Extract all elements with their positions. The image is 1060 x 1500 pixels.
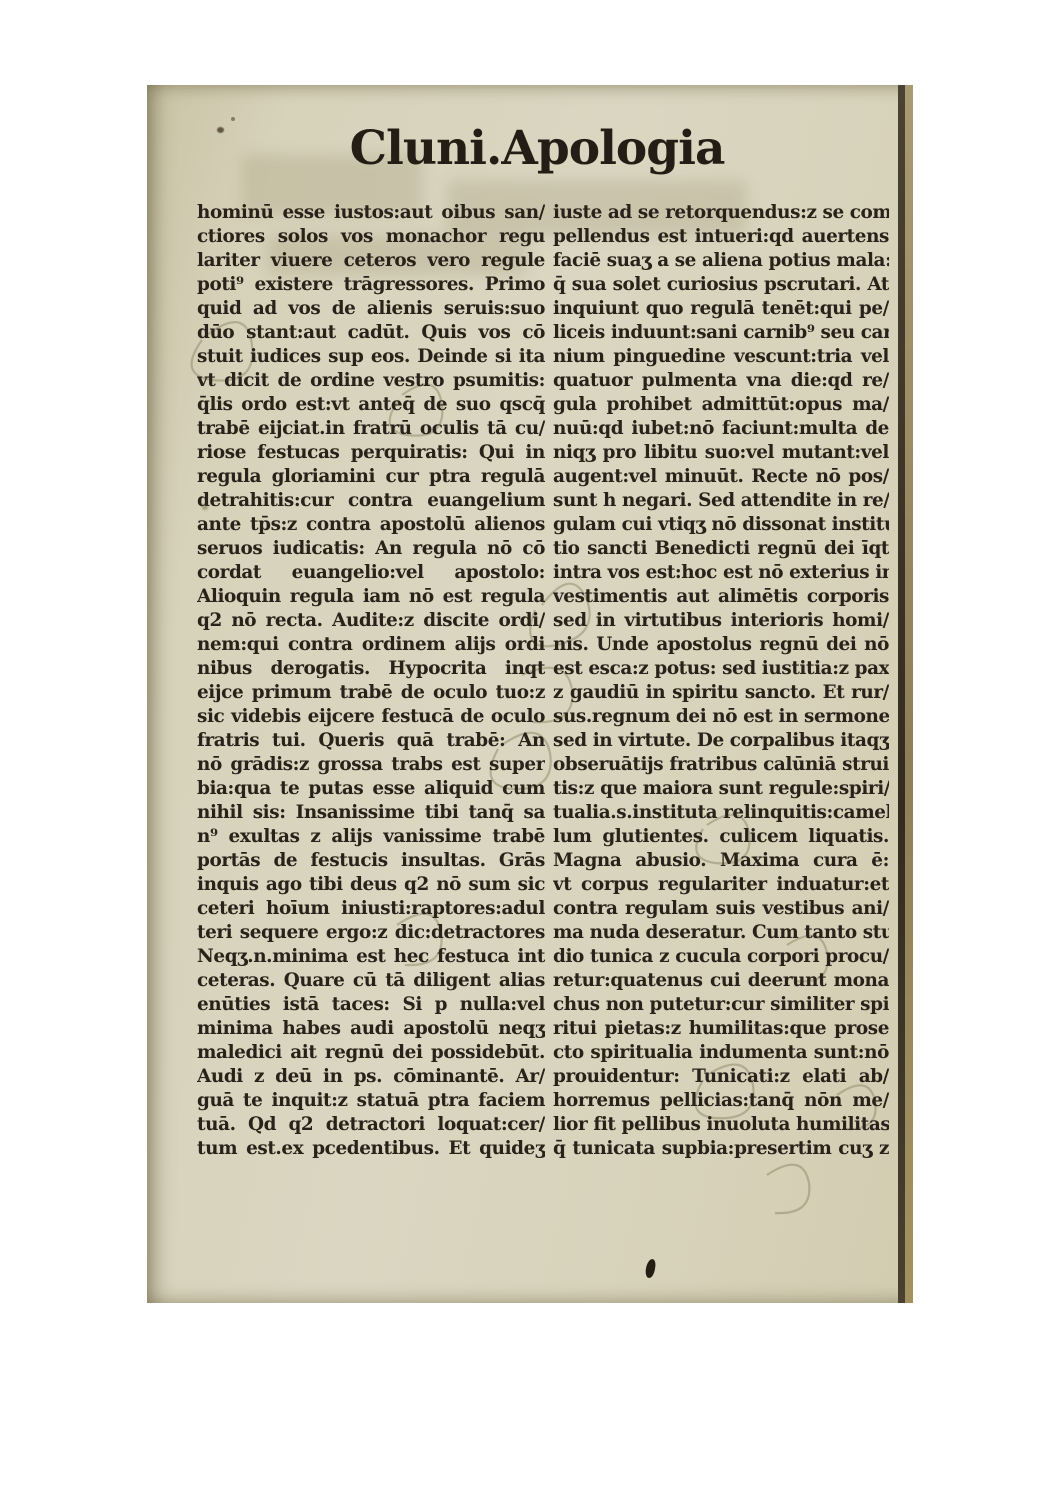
text-line: lior fit pellibus inuoluta humilitas [553, 1113, 889, 1137]
text-line: quatuor pulmenta vna die:qd re/ [553, 369, 889, 393]
text-line: q̄ sua solet curiosius pscrutari. At [553, 273, 889, 297]
text-line: vestimentis aut alimētis corporis [553, 585, 889, 609]
text-line: horremus pellicias:tanq̄ nōn me/ [553, 1089, 889, 1113]
text-line: nis. Unde apostolus regnū dei nō [553, 633, 889, 657]
text-line: prouidentur: Tunicati:z elati ab/ [553, 1065, 889, 1089]
text-line: augent:vel minuūt. Recte nō pos/ [553, 465, 889, 489]
text-line: inquis ago tibi deus q2 nō sum sic [197, 873, 545, 897]
text-line: q2 nō recta. Audite:z discite ordi/ [197, 609, 545, 633]
text-line: nihil sis: Insanissime tibi tanq̄ sa [197, 801, 545, 825]
text-line: sic videbis eijcere festucā de oculo [197, 705, 545, 729]
text-line: Audi z deū in ps. cōminantē. Ar/ [197, 1065, 545, 1089]
ink-spot [217, 127, 224, 133]
text-line: seruos iudicatis: An regula nō cō [197, 537, 545, 561]
text-line: intra vos est:hoc est nō exterius in [553, 561, 889, 585]
text-line: ante tp̄s:z contra apostolū alienos [197, 513, 545, 537]
text-line: sed in virtute. De corpalibus itaqʒ [553, 729, 889, 753]
text-line: tum est.ex pcedentibus. Et quideʒ [197, 1137, 545, 1161]
ink-spot [231, 117, 235, 121]
text-line: dūo stant:aut cadūt. Quis vos cō [197, 321, 545, 345]
text-line: bia:qua te putas esse aliquid cum [197, 777, 545, 801]
page-scan: Cluni.Apologia hominū esse iustos:aut oi… [147, 85, 913, 1303]
page-title: Cluni.Apologia [147, 121, 913, 176]
text-line: tuā. Qd q2 detractori loquat:cer/ [197, 1113, 545, 1137]
text-line: z gaudiū in spiritu sancto. Et rur/ [553, 681, 889, 705]
text-column-right: iuste ad se retorquendus:z se compellend… [553, 201, 889, 1161]
text-line: vt corpus regulariter induatur:et [553, 873, 889, 897]
text-line: tis:z que maiora sunt regule:spiri/ [553, 777, 889, 801]
text-line: detrahitis:cur contra euangelium [197, 489, 545, 513]
text-line: gula prohibet admittūt:opus ma/ [553, 393, 889, 417]
text-line: nibus derogatis. Hypocrita inqt [197, 657, 545, 681]
text-line: hominū esse iustos:aut oibus san/ [197, 201, 545, 225]
page-edge-shadow [898, 85, 905, 1303]
text-line: teri sequere ergo:z dic:detractores [197, 921, 545, 945]
text-line: poti⁹ existere trāgressores. Primo [197, 273, 545, 297]
text-line: n⁹ exultas z alijs vanissime trabē [197, 825, 545, 849]
text-line: faciē suaʒ a se aliena potius mala: [553, 249, 889, 273]
scan-margin: { "page": { "title": "Cluni.Apologia", "… [0, 0, 1060, 1500]
text-line: sus.regnum dei nō est in sermone: [553, 705, 889, 729]
text-line: chus non putetur:cur similiter spi [553, 993, 889, 1017]
text-line: sunt h negari. Sed attendite in re/ [553, 489, 889, 513]
text-line: gulam cui vtiqʒ nō dissonat institu [553, 513, 889, 537]
text-line: q̄ tunicata supbia:presertim cuʒ z [553, 1137, 889, 1161]
text-line: obseruātijs fratribus calūniā strui [553, 753, 889, 777]
text-line: niqʒ pro libitu suo:vel mutant:vel [553, 441, 889, 465]
text-line: enūties istā taces: Si p nulla:vel [197, 993, 545, 1017]
text-line: nium pinguedine vescunt:tria vel [553, 345, 889, 369]
text-line: est esca:z potus: sed iustitia:z pax: [553, 657, 889, 681]
text-line: ma nuda deseratur. Cum tanto stu [553, 921, 889, 945]
text-line: contra regulam suis vestibus ani/ [553, 897, 889, 921]
text-line: minima habes audi apostolū neqʒ [197, 1017, 545, 1041]
text-line: ctiores solos vos monachor regu [197, 225, 545, 249]
text-line: quid ad vos de alienis seruis:suo [197, 297, 545, 321]
text-block: hominū esse iustos:aut oibus san/ctiores… [197, 201, 889, 1161]
text-line: riose festucas perquiratis: Qui in [197, 441, 545, 465]
text-line: lariter viuere ceteros vero regule [197, 249, 545, 273]
text-line: vt dicit de ordine vestro psumitis: [197, 369, 545, 393]
text-line: pellendus est intueri:qd auertens [553, 225, 889, 249]
text-line: nuū:qd iubet:nō faciunt:multa de [553, 417, 889, 441]
text-line: Alioquin regula iam nō est regula [197, 585, 545, 609]
text-line: iuste ad se retorquendus:z se com [553, 201, 889, 225]
text-line: tualia.s.instituta relinquitis:camel [553, 801, 889, 825]
page-edge [905, 85, 913, 1303]
text-line: maledici ait regnū dei possidebūt. [197, 1041, 545, 1065]
text-line: cordat euangelio:vel apostolo: [197, 561, 545, 585]
text-line: Neqʒ.n.minima est hec festuca int [197, 945, 545, 969]
text-line: stuit iudices sup eos. Deinde si ita [197, 345, 545, 369]
ink-spot [202, 505, 208, 510]
text-line: nō grādis:z grossa trabs est super [197, 753, 545, 777]
text-line: retur:quatenus cui deerunt mona [553, 969, 889, 993]
text-line: sed in virtutibus interioris homi/ [553, 609, 889, 633]
text-column-left: hominū esse iustos:aut oibus san/ctiores… [197, 201, 545, 1161]
text-line: liceis induunt:sani carnib⁹ seu car [553, 321, 889, 345]
text-line: ceteri hoīum iniusti:raptores:adul [197, 897, 545, 921]
text-line: portās de festucis insultas. Grās [197, 849, 545, 873]
text-line: ritui pietas:z humilitas:que prose [553, 1017, 889, 1041]
text-line: tio sancti Benedicti regnū dei īqt [553, 537, 889, 561]
text-line: dio tunica z cucula corpori procu/ [553, 945, 889, 969]
text-line: regula gloriamini cur ptra regulā [197, 465, 545, 489]
ink-blot [645, 1258, 657, 1278]
text-line: inquiunt quo regulā tenēt:qui pe/ [553, 297, 889, 321]
text-line: nem:qui contra ordinem alijs ordi [197, 633, 545, 657]
text-line: eijce primum trabē de oculo tuo:z [197, 681, 545, 705]
text-line: ceteras. Quare cū tā diligent alias [197, 969, 545, 993]
text-line: fratris tui. Queris quā trabē: An [197, 729, 545, 753]
text-line: lum glutientes. culicem liquatis. [553, 825, 889, 849]
text-line: guā te inquit:z statuā ptra faciem [197, 1089, 545, 1113]
text-line: cto spiritualia indumenta sunt:nō [553, 1041, 889, 1065]
text-line: trabē eijciat.in fratrū oculis tā cu/ [197, 417, 545, 441]
text-line: q̄lis ordo est:vt anteq̄ de suo qscq̄ [197, 393, 545, 417]
text-line: Magna abusio. Maxima cura ē: [553, 849, 889, 873]
